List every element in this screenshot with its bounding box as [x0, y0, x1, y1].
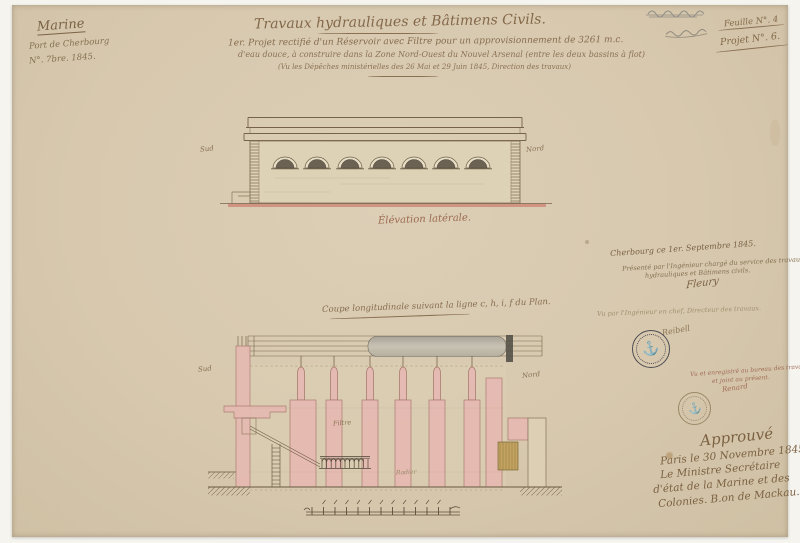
right-quoin: [511, 141, 520, 203]
vault-beam: [368, 337, 506, 357]
scale-bar: [300, 498, 470, 524]
ground-line-wash: [228, 204, 546, 208]
elevation-drawing: [180, 104, 580, 234]
age-spot: [666, 452, 673, 459]
subtitle-line-3: (Vu les Dépêches ministérielles des 26 M…: [278, 64, 522, 71]
title-underline: [318, 33, 438, 34]
filter-arcade: [319, 457, 371, 469]
left-quoin: [250, 141, 259, 203]
marine-ink-stamp: ⚓: [632, 330, 670, 368]
age-spot: [585, 240, 589, 244]
subtitle-line-2: d'eau douce, à construire dans la Zone N…: [238, 51, 562, 59]
age-spot: [770, 120, 780, 146]
section-south-label: Sud: [198, 365, 212, 373]
brown-ink-stamp: ⚓: [678, 392, 711, 425]
elevation-south-label: Sud: [200, 145, 214, 153]
crossed-out-scribble-2: [663, 22, 712, 41]
crossed-out-scribble-1: [645, 5, 707, 21]
right-end-post: [506, 335, 513, 362]
scanned-drawing-canvas: Marine Port de Cherbourg N°. 7bre. 1845.…: [0, 0, 800, 543]
floor-label: Radier: [396, 470, 417, 477]
right-annex: [528, 418, 546, 487]
section-drawing: [190, 322, 590, 512]
filter-label: Filtre: [333, 419, 352, 427]
subtitle-underline: [368, 76, 438, 77]
